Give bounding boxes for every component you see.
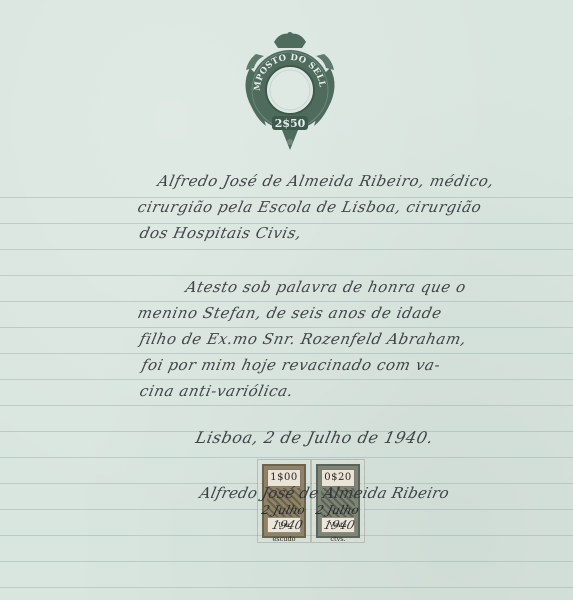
body-line: menino Stefan, de seis anos de idade (136, 304, 444, 322)
tax-seal: IMPOSTO DO SELLO 2$50 (236, 28, 344, 152)
ruled-line (0, 405, 573, 406)
ruled-line (0, 301, 573, 302)
body-line: foi por mim hoje revacinado com va- (140, 356, 442, 374)
stamp-cancellation: 2 Julho (314, 503, 360, 517)
ruled-line (0, 587, 573, 588)
seal-value: 2$50 (275, 117, 306, 130)
signature: Alfredo José de Almeida Ribeiro (198, 484, 451, 502)
body-line: Alfredo José de Almeida Ribeiro, médico, (156, 172, 496, 190)
stamp-cancellation: 1940 (270, 518, 304, 532)
ruled-line (0, 457, 573, 458)
body-line: filho de Ex.mo Snr. Rozenfeld Abraham, (138, 330, 468, 348)
stamp-cancellation: 1940 (322, 518, 356, 532)
body-line: Atesto sob palavra de honra que o (184, 278, 468, 296)
body-line: cina anti-variólica. (138, 382, 295, 400)
body-line: cirurgião pela Escola de Lisboa, cirurgi… (136, 198, 483, 216)
place-date: Lisboa, 2 de Julho de 1940. (194, 428, 435, 447)
ruled-line (0, 353, 573, 354)
ruled-line (0, 327, 573, 328)
seal-emblem-icon: IMPOSTO DO SELLO 2$50 (236, 28, 344, 152)
ruled-line (0, 275, 573, 276)
ruled-line (0, 379, 573, 380)
body-line: dos Hospitais Civis, (138, 224, 303, 242)
stamp-cancellation: 2 Julho (260, 503, 306, 517)
ruled-line (0, 561, 573, 562)
ruled-line (0, 249, 573, 250)
